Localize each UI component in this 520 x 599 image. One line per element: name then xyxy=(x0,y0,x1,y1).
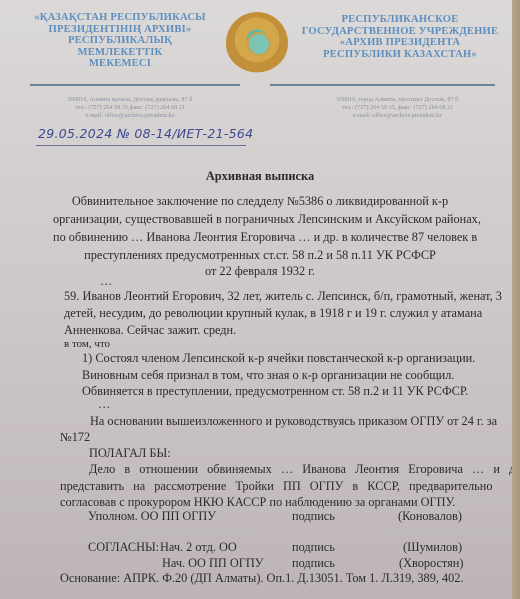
archive-source: Основание: АПРК. Ф.20 (ДП Алматы). Оп.1.… xyxy=(60,570,464,587)
header-divider xyxy=(30,84,240,86)
address-line: 050010, город Алматы, проспект Достык, 8… xyxy=(310,96,485,104)
basis-line: На основании вышеизложенного и руководст… xyxy=(90,413,497,430)
address-line: тел.: (727) 264 59 35, факс: (727) 264 6… xyxy=(310,104,485,112)
reference-underline xyxy=(36,145,246,146)
document-page: «ҚАЗАҚСТАН РЕСПУБЛИКАСЫ ПРЕЗИДЕНТІНІҢ АР… xyxy=(0,0,512,599)
address-kazakh: 050010, Алматы қаласы, Достық даңғылы, 8… xyxy=(40,96,220,120)
header-line: РЕСПУБЛИКИ КАЗАХСТАН» xyxy=(300,49,500,61)
ellipsis: … xyxy=(98,396,110,413)
signature-mark: подпись xyxy=(292,508,335,525)
proposal-heading: ПОЛАГАЛ БЫ: xyxy=(89,445,171,462)
header-russian: РЕСПУБЛИКАНСКОЕ ГОСУДАРСТВЕННОЕ УЧРЕЖДЕН… xyxy=(300,14,500,60)
document-title: Архивная выписка xyxy=(0,168,520,185)
person-line: 59. Иванов Леонтий Егорович, 32 лет, жит… xyxy=(64,288,502,305)
signature-role: Уполном. ОО ПП ОГПУ xyxy=(88,508,216,525)
signature-mark: подпись xyxy=(292,539,335,556)
intro-line: преступлениях предусмотренных ст.ст. 58 … xyxy=(0,247,520,264)
intro-line: по обвинению … Иванова Леонтия Егоровича… xyxy=(53,229,477,246)
signature-name: (Коновалов) xyxy=(398,508,462,525)
header-line: «АРХИВ ПРЕЗИДЕНТА xyxy=(300,37,500,49)
address-russian: 050010, город Алматы, проспект Достык, 8… xyxy=(310,96,485,120)
intro-date: от 22 февраля 1932 г. xyxy=(0,263,520,280)
handwritten-reference: 29.05.2024 № 08-14/ИЕТ-21-564 xyxy=(38,126,253,141)
address-line: 050010, Алматы қаласы, Достық даңғылы, 8… xyxy=(40,96,220,104)
charge-line: Виновным себя признал в том, что зная о … xyxy=(82,367,454,384)
intro-line: Обвинительное заключение по следделу №53… xyxy=(0,193,520,210)
desk-background xyxy=(512,0,520,599)
person-line: детей, несудим, до революции крупный кул… xyxy=(64,305,482,322)
charge-line: Обвиняется в преступлении, предусмотренн… xyxy=(82,383,468,400)
proposal-line: представить на рассмотрение Тройки ПП ОГ… xyxy=(60,478,492,495)
intro-line: организации, существовавшей в пограничны… xyxy=(53,211,481,228)
address-line: e-mail: office@archive.president.kz xyxy=(310,112,485,120)
header-line: «ҚАЗАҚСТАН РЕСПУБЛИКАСЫ xyxy=(30,12,210,24)
state-emblem-icon xyxy=(226,12,288,74)
signature-role: Нач. 2 отд. ОО xyxy=(160,539,237,556)
header-line: ПРЕЗИДЕНТІНІҢ АРХИВІ» xyxy=(30,24,210,36)
agreed-label: СОГЛАСНЫ: xyxy=(88,539,159,556)
header-divider xyxy=(270,84,495,86)
proposal-line: Дело в отношении обвиняемых … Иванова Ле… xyxy=(89,461,520,478)
header-line: РЕСПУБЛИКАЛЫҚ МЕМЛЕКЕТТІК xyxy=(30,35,210,58)
header-line: РЕСПУБЛИКАНСКОЕ xyxy=(300,14,500,26)
header-line: МЕКЕМЕСІ xyxy=(30,58,210,70)
basis-line: №172 xyxy=(60,429,90,446)
signature-name: (Шумилов) xyxy=(403,539,462,556)
header-line: ГОСУДАРСТВЕННОЕ УЧРЕЖДЕНИЕ xyxy=(300,26,500,38)
charge-line: 1) Состоял членом Лепсинской к-р ячейки … xyxy=(82,350,475,367)
header-kazakh: «ҚАЗАҚСТАН РЕСПУБЛИКАСЫ ПРЕЗИДЕНТІНІҢ АР… xyxy=(30,12,210,70)
address-line: e-mail: office@archive.president.kz xyxy=(40,112,220,120)
address-line: тел.: (727) 264 59 35,факс: (727) 264 68… xyxy=(40,104,220,112)
